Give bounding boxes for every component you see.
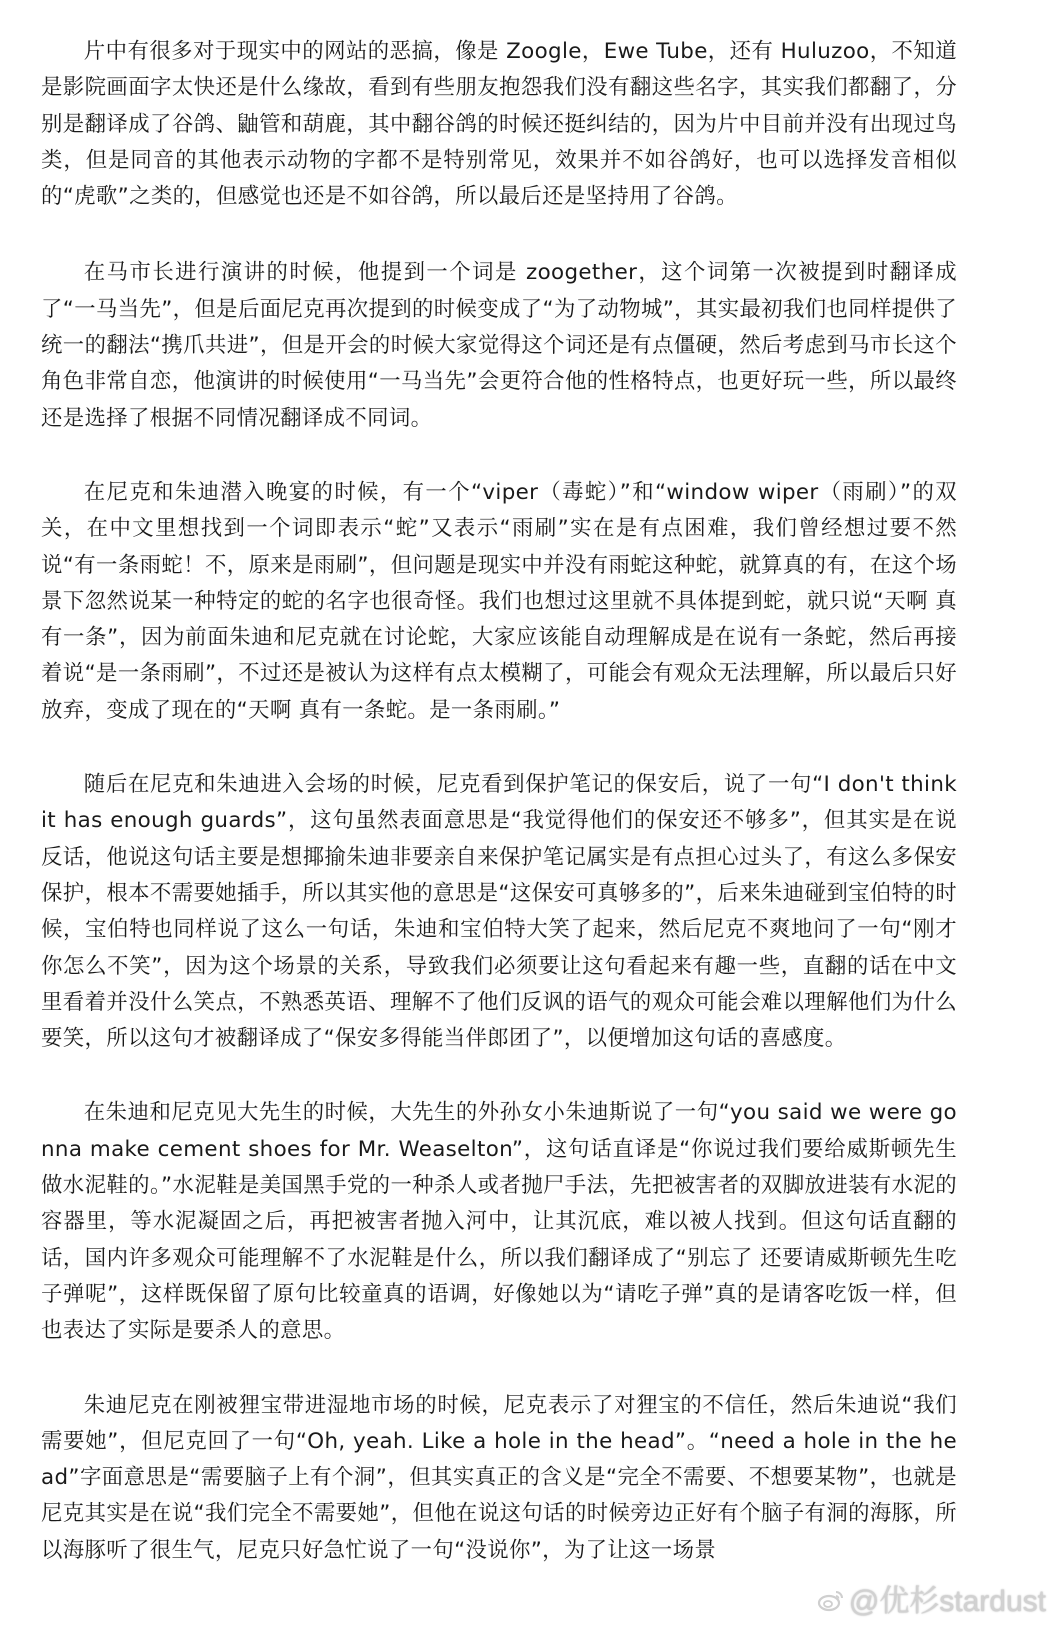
- paragraph-viper-wiper: 在尼克和朱迪潜入晚宴的时候，有一个“viper（毒蛇）”和“window wip…: [41, 475, 957, 729]
- weibo-icon: [817, 1586, 845, 1610]
- article-body: 片中有很多对于现实中的网站的恶搞，像是 Zoogle，Ewe Tube，还有 H…: [41, 34, 957, 1607]
- paragraph-cement-shoes: 在朱迪和尼克见大先生的时候，大先生的外孙女小朱迪斯说了一句“you said w…: [41, 1095, 957, 1349]
- paragraph-zoogether: 在马市长进行演讲的时候，他提到一个词是 zoogether，这个词第一次被提到时…: [41, 255, 957, 436]
- paragraph-hole-in-head: 朱迪尼克在刚被狸宝带进湿地市场的时候，尼克表示了对狸宝的不信任，然后朱迪说“我们…: [41, 1388, 957, 1569]
- watermark-text: @优杉stardust: [849, 1576, 1046, 1620]
- paragraph-enough-guards: 随后在尼克和朱迪进入会场的时候，尼克看到保护笔记的保安后，说了一句“I don'…: [41, 767, 957, 1057]
- watermark: @优杉stardust: [817, 1576, 1046, 1620]
- paragraph-web-parodies: 片中有很多对于现实中的网站的恶搞，像是 Zoogle，Ewe Tube，还有 H…: [41, 34, 957, 215]
